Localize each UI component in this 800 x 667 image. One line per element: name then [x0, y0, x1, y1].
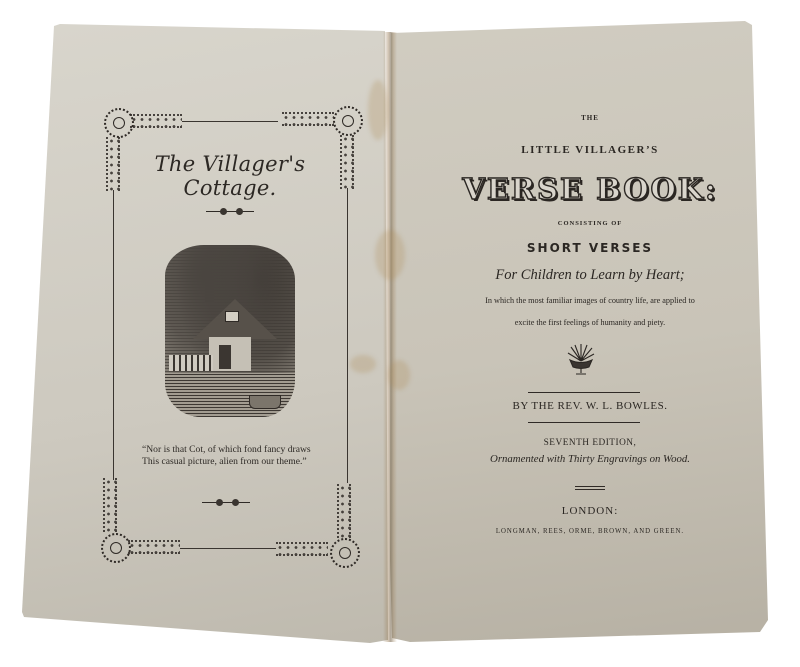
- caption-line: This casual picture, alien from our them…: [142, 456, 332, 468]
- main-title: VERSE BOOK:: [440, 172, 740, 206]
- scroll-ornament-icon: [282, 112, 334, 126]
- edition: SEVENTH EDITION,: [440, 438, 740, 448]
- frame-bottom-rule: [180, 548, 276, 549]
- consisting-of: CONSISTING OF: [440, 220, 740, 227]
- frontispiece-title: The Villager's Cottage.: [110, 152, 350, 200]
- vase-of-flowers-icon: [565, 343, 597, 377]
- description-line-1: In which the most familiar images of cou…: [440, 296, 740, 305]
- rosette-top-right-icon: [333, 106, 363, 136]
- frame-right-rule: [347, 188, 348, 483]
- caption-line: “Nor is that Cot, of which fond fancy dr…: [142, 444, 332, 456]
- rosette-bottom-left-icon: [101, 533, 131, 563]
- author-line: BY THE REV. W. L. BOWLES.: [440, 400, 740, 412]
- frame-top-rule: [182, 121, 278, 122]
- foxing-stain: [350, 355, 376, 373]
- author-rule-bottom: [528, 422, 640, 423]
- scroll-ornament-icon: [276, 542, 328, 556]
- open-book: The Villager's Cottage. “Nor is that Cot…: [0, 0, 800, 667]
- rosette-bottom-right-icon: [330, 538, 360, 568]
- scroll-ornament-icon: [337, 484, 351, 538]
- tub: [249, 395, 281, 409]
- imprint-place: LONDON:: [440, 505, 740, 517]
- foxing-stain: [388, 360, 410, 390]
- door: [219, 345, 231, 369]
- bead-rule-bottom-icon: [202, 502, 250, 503]
- foxing-stain: [368, 80, 388, 140]
- double-rule-icon: [575, 486, 605, 487]
- fence: [169, 355, 213, 371]
- title-the: THE: [440, 114, 740, 122]
- scroll-ornament-icon: [130, 114, 182, 128]
- author-rule-top: [528, 392, 640, 393]
- frame-left-rule: [113, 190, 114, 480]
- bead-rule-top-icon: [206, 211, 254, 212]
- foxing-stain: [375, 230, 405, 280]
- scroll-ornament-icon: [128, 540, 180, 554]
- title-little-villagers: LITTLE VILLAGER’S: [440, 144, 740, 156]
- scroll-ornament-icon: [103, 478, 117, 532]
- short-verses: SHORT VERSES: [440, 241, 740, 255]
- frontispiece-caption: “Nor is that Cot, of which fond fancy dr…: [142, 444, 332, 468]
- subtitle-for-children: For Children to Learn by Heart;: [440, 267, 740, 284]
- imprint-publishers: LONGMAN, REES, ORME, BROWN, AND GREEN.: [440, 528, 740, 535]
- double-rule-icon: [575, 489, 605, 490]
- window: [225, 311, 239, 322]
- cottage-engraving: [165, 245, 295, 417]
- description-line-2: excite the first feelings of humanity an…: [440, 318, 740, 327]
- ornamented-note: Ornamented with Thirty Engravings on Woo…: [440, 453, 740, 465]
